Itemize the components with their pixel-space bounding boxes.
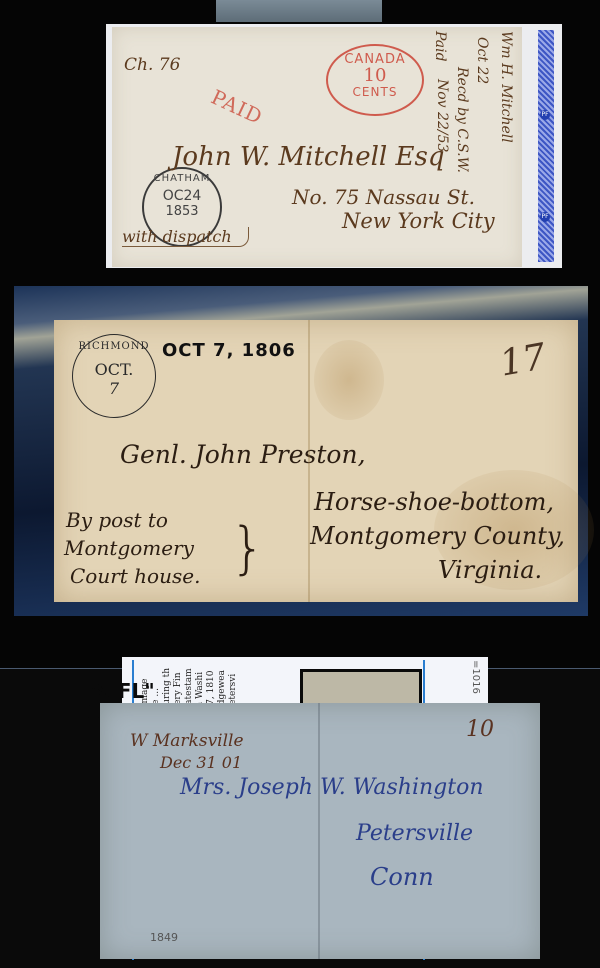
paid-handstamp: PAID — [207, 85, 266, 130]
routing-line: Court house. — [70, 564, 200, 588]
address-line: John W. Mitchell Esq — [172, 142, 444, 172]
address-line: Petersville — [356, 821, 473, 846]
sleeve-tape — [216, 0, 382, 22]
rate-marking: 17 — [497, 336, 549, 384]
routing-line: By post to — [66, 508, 168, 532]
cover-1: Ch. 76 CANADA 10 CENTS PAID CHATHAM OC24… — [112, 27, 522, 267]
address-line: No. 75 Nassau St. — [292, 185, 475, 209]
pencil-year: 1849 — [150, 931, 178, 944]
stain — [314, 340, 384, 420]
cover-2: RICHMOND OCT. 7 OCT 7, 1806 17 Genl. Joh… — [54, 320, 578, 602]
rate-marking: 10 — [466, 717, 494, 742]
side-note: Nov 22/53 — [434, 79, 450, 152]
manuscript-postmark: W Marksville — [130, 731, 244, 751]
date-note: OCT 7, 1806 — [162, 340, 296, 361]
manuscript-postmark: Dec 31 01 — [160, 753, 242, 772]
certificate-id: =1016 — [470, 660, 481, 694]
address-line: Montgomery County, — [310, 522, 565, 550]
side-note: Wm H. Mitchell — [498, 31, 514, 143]
cover-3: W Marksville Dec 31 01 10 Mrs. Joseph W.… — [100, 703, 540, 959]
seal-icon: PF — [540, 110, 550, 120]
address-line: Conn — [370, 863, 434, 891]
address-line: Horse-shoe-bottom, — [314, 488, 554, 516]
seal-icon: PF — [540, 212, 550, 222]
certificate-border — [538, 30, 554, 262]
address-line: Genl. John Preston, — [120, 440, 366, 469]
fold-line — [308, 320, 310, 602]
fold-line — [318, 703, 320, 959]
side-note: Oct 22 — [474, 37, 490, 84]
address-line: New York City — [342, 209, 495, 233]
rate-handstamp: CANADA 10 CENTS — [326, 44, 424, 116]
routing-line: Montgomery — [64, 536, 194, 560]
side-note: Recd by C.S.W. — [454, 67, 470, 173]
address-line: Virginia. — [438, 556, 542, 584]
postmark: RICHMOND OCT. 7 — [72, 334, 156, 418]
brace-mark: } — [230, 516, 266, 581]
docket-note: Ch. 76 — [124, 55, 180, 75]
endorsement: with dispatch — [122, 227, 249, 247]
address-line: Mrs. Joseph W. Washington — [180, 775, 484, 800]
side-note: Paid — [432, 31, 448, 62]
